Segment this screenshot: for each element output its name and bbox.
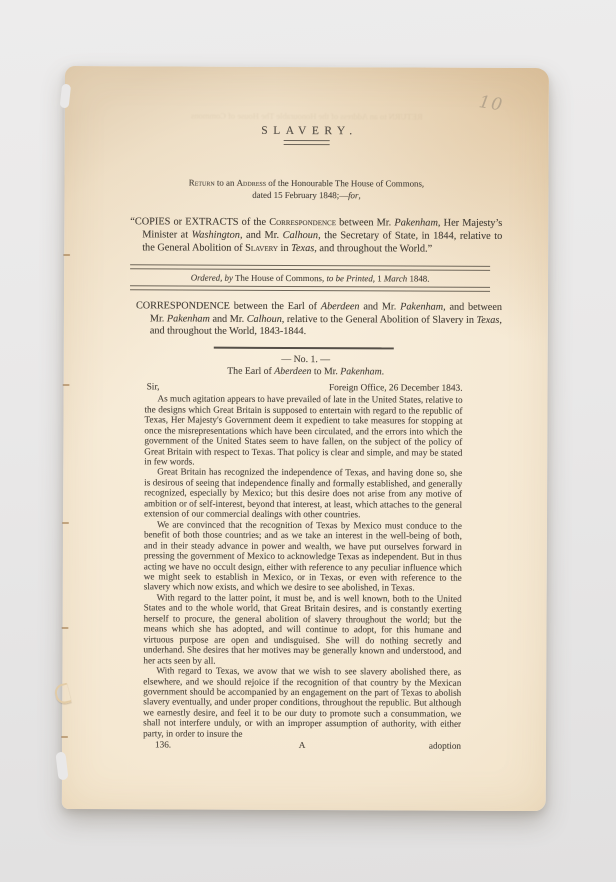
- salutation: Sir,: [147, 383, 160, 394]
- catchword: adoption: [429, 741, 461, 751]
- order-rule-bottom: [130, 286, 490, 293]
- stitch-mark: [63, 254, 70, 256]
- stitch-mark: [61, 736, 68, 738]
- section-rule: [214, 347, 394, 350]
- stitch-mark: [62, 627, 69, 629]
- stitch-mark: [62, 522, 69, 524]
- photo-background: 10 RETURN to an Address of the Honourabl…: [0, 0, 616, 882]
- order-line: Ordered, by The House of Commons, to be …: [130, 273, 490, 285]
- extract-title: “COPIES or EXTRACTS of the Correspondenc…: [130, 216, 502, 256]
- letter-paragraph: With regard to the latter point, it must…: [143, 592, 461, 667]
- letter-number: — No. 1. —: [64, 353, 548, 366]
- letter-paragraph: We are convinced that the recognition of…: [144, 519, 462, 594]
- page-number: 136.: [143, 740, 171, 750]
- page-footer: 136. A adoption: [143, 740, 461, 751]
- document-title: SLAVERY.: [65, 124, 549, 138]
- verso-show-through-text: RETURN to an Address of the Honourable T…: [65, 110, 549, 122]
- signature-mark: A: [299, 740, 306, 750]
- correspondence-heading: CORRESPONDENCE between the Earl of Aberd…: [136, 301, 502, 339]
- letter-paragraph: As much agitation appears to have prevai…: [144, 394, 462, 469]
- letter-parties: The Earl of Aberdeen to Mr. Pakenham.: [64, 365, 548, 378]
- stitch-mark: [63, 384, 70, 386]
- letter-paragraph: Great Britain has recognized the indepen…: [144, 467, 462, 521]
- order-rule-top: [130, 265, 490, 272]
- binding-thread: [53, 683, 71, 706]
- title-rule: [284, 140, 330, 145]
- edge-wear: [60, 84, 72, 109]
- letter-body: Sir, Foreign Office, 26 December 1843. A…: [143, 383, 463, 751]
- edge-wear: [55, 752, 68, 781]
- return-notice-line2: dated 15 February 1848;—for,: [64, 188, 548, 202]
- document-page: 10 RETURN to an Address of the Honourabl…: [62, 66, 549, 811]
- letter-paragraph: With regard to Texas, we avow that we wi…: [143, 665, 461, 740]
- dateline: Foreign Office, 26 December 1843.: [329, 383, 463, 395]
- order-box: Ordered, by The House of Commons, to be …: [130, 265, 490, 293]
